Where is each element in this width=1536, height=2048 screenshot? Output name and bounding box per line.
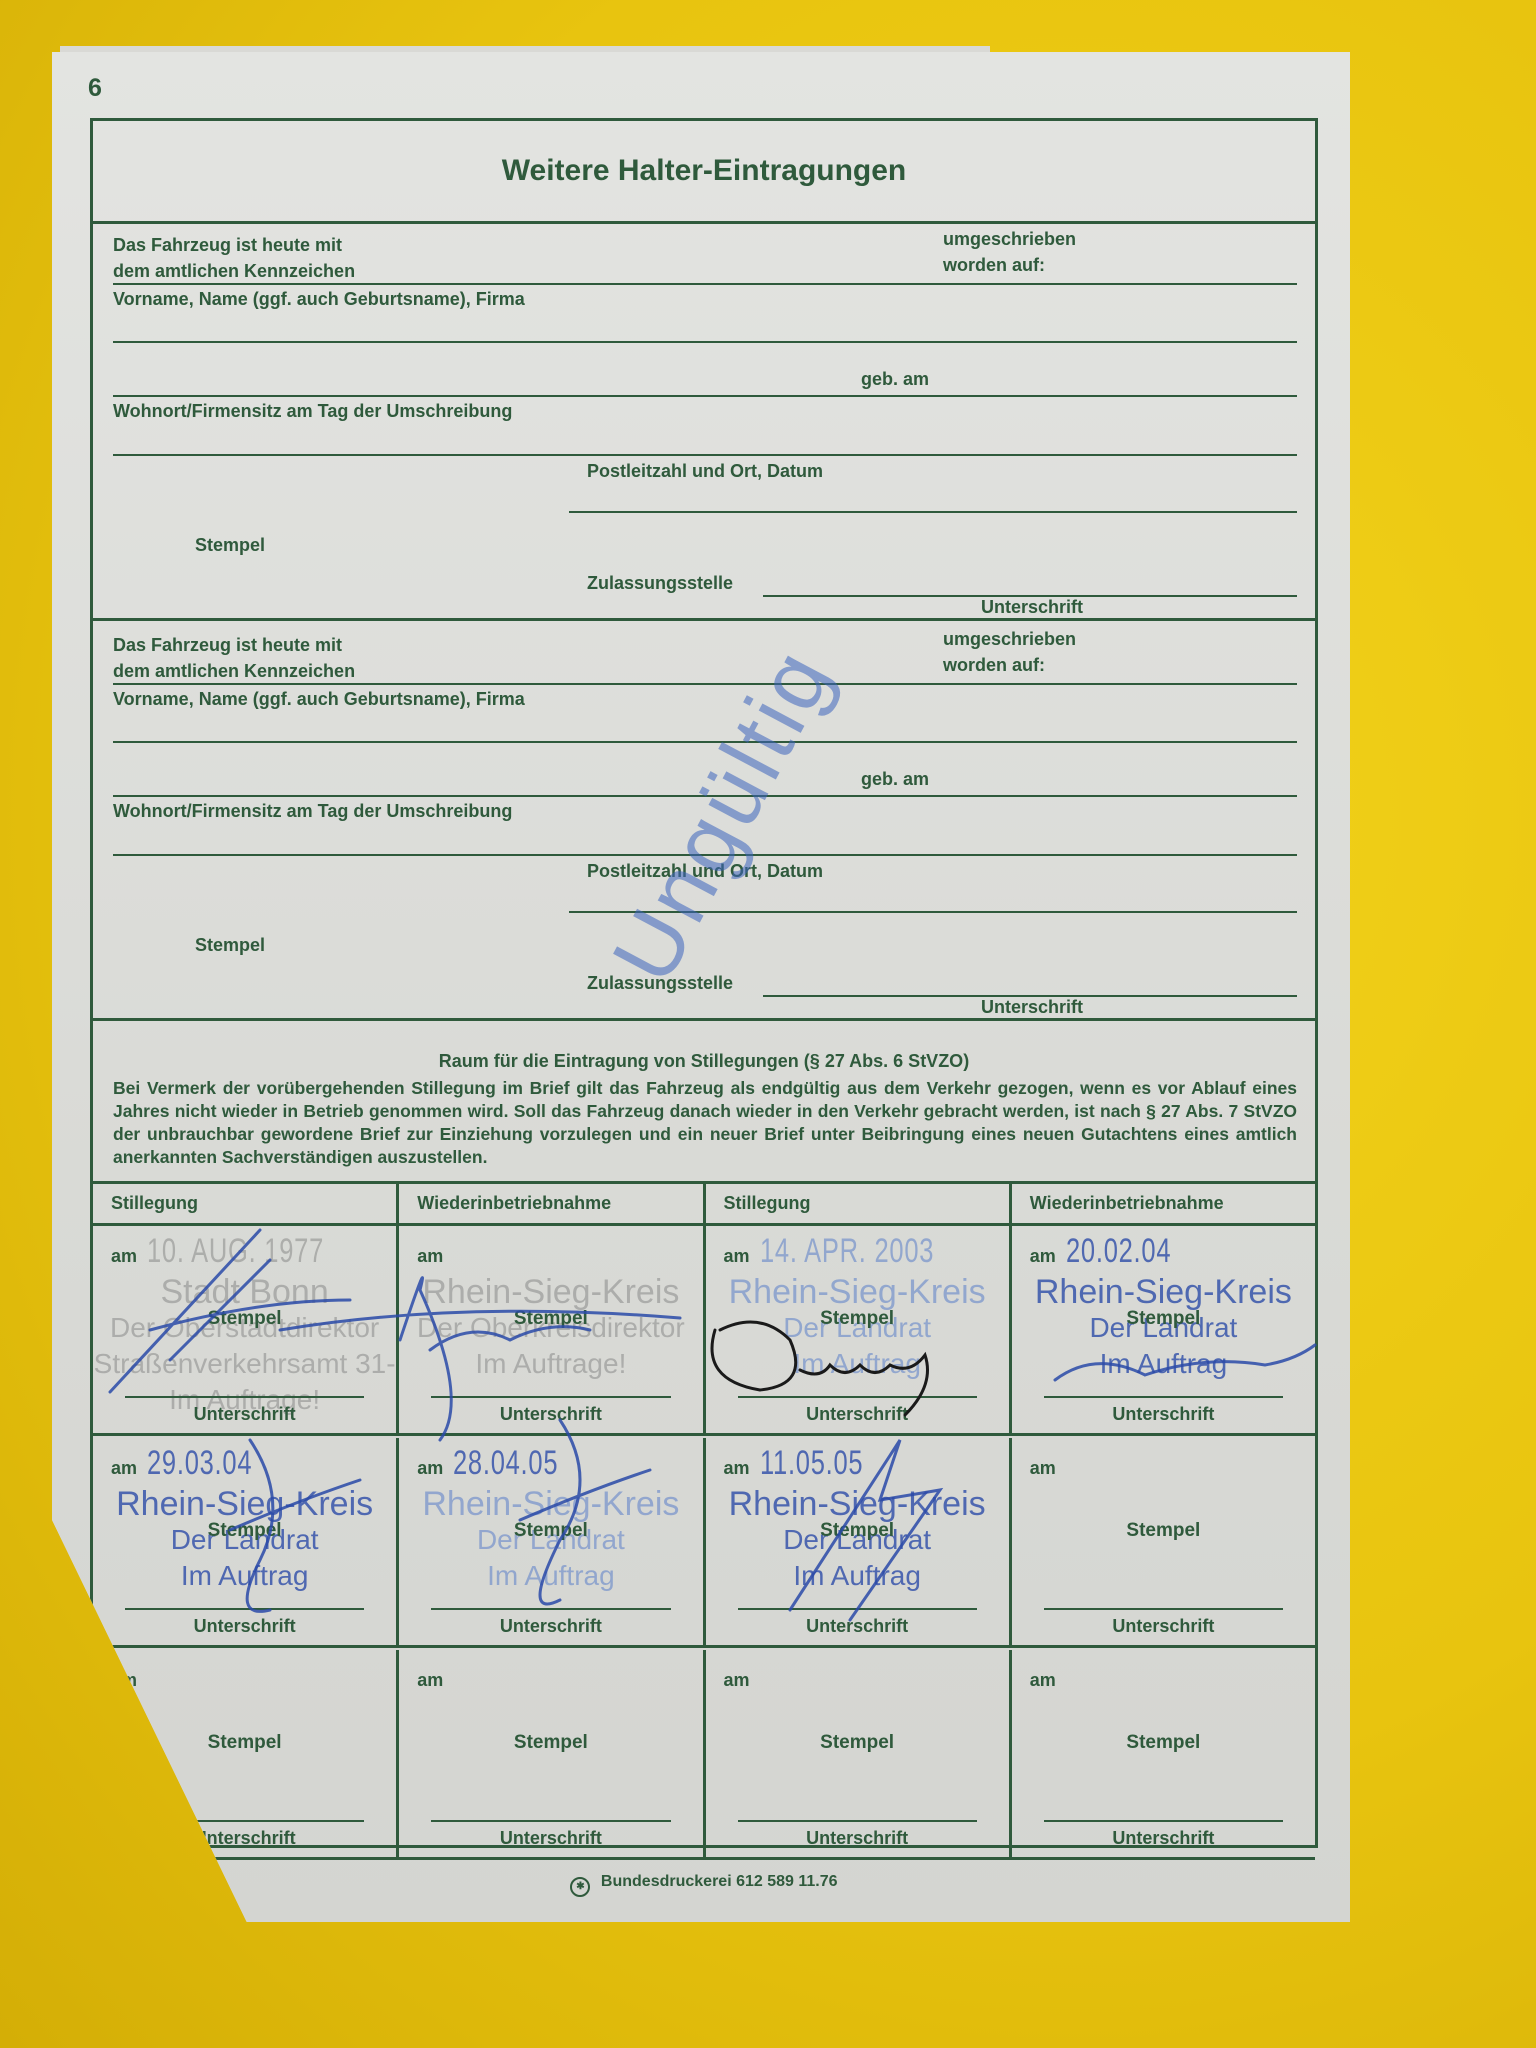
- eagle-emblem-icon: ✱: [570, 1877, 590, 1897]
- printer-footer: ✱ Bundesdruckerei 612 589 11.76: [93, 1873, 1315, 1897]
- stamped-date: 14. APR. 2003: [760, 1232, 934, 1271]
- stamp-label: Stempel: [93, 1732, 396, 1754]
- signature-line[interactable]: [125, 1396, 364, 1398]
- date-label: am: [111, 1670, 137, 1691]
- notice-title: Raum für die Eintragung von Stillegungen…: [93, 1051, 1315, 1072]
- signature-line[interactable]: [738, 1820, 977, 1822]
- table-row: amStempelUnterschriftamStempelUnterschri…: [93, 1650, 1315, 1860]
- office-stamp-line: Im Auftrag: [93, 1558, 396, 1594]
- header-recommission-1: Wiederinbetriebnahme: [399, 1181, 705, 1223]
- stamp-label: Stempel: [195, 535, 265, 556]
- office-stamp-line: Im Auftrag: [1012, 1346, 1315, 1382]
- stamp-label: Stempel: [399, 1308, 702, 1330]
- stamp-label: Stempel: [195, 935, 265, 956]
- table-cell[interactable]: am20.02.04Rhein-Sieg-KreisDer LandratIm …: [1012, 1226, 1315, 1433]
- signature-line[interactable]: [431, 1396, 670, 1398]
- invalid-stamp: Ungültig: [593, 631, 854, 999]
- stamp-label: Stempel: [1012, 1732, 1315, 1754]
- signature-label: Unterschrift: [981, 997, 1083, 1018]
- signature-line[interactable]: [431, 1820, 670, 1822]
- stamp-label: Stempel: [706, 1308, 1009, 1330]
- signature-label: Unterschrift: [1012, 1616, 1315, 1637]
- signature-label: Unterschrift: [1012, 1828, 1315, 1849]
- office-stamp-line: Rhein-Sieg-Kreis: [1012, 1274, 1315, 1310]
- table-cell[interactable]: am10. AUG. 1977Stadt BonnDer Oberstadtdi…: [93, 1226, 399, 1433]
- date-label: am: [724, 1246, 750, 1267]
- vehicle-label-line1: Das Fahrzeug ist heute mit: [113, 235, 342, 256]
- stamped-date: 29.03.04: [147, 1444, 252, 1483]
- signature-line[interactable]: [738, 1608, 977, 1610]
- office-stamp-line: Rhein-Sieg-Kreis: [706, 1486, 1009, 1522]
- date-label: am: [1030, 1670, 1056, 1691]
- header-decommission-1: Stillegung: [93, 1181, 399, 1223]
- birth-label: geb. am: [861, 769, 929, 790]
- date-label: am: [111, 1246, 137, 1267]
- birth-line[interactable]: [113, 395, 1297, 397]
- signature-label: Unterschrift: [399, 1404, 702, 1425]
- stamp-label: Stempel: [706, 1732, 1009, 1754]
- residence-label: Wohnort/Firmensitz am Tag der Umschreibu…: [113, 401, 512, 422]
- decommission-table: Stillegung Wiederinbetriebnahme Stillegu…: [93, 1181, 1315, 1845]
- header-recommission-2: Wiederinbetriebnahme: [1012, 1181, 1315, 1223]
- date-label: am: [724, 1670, 750, 1691]
- stamped-date: 28.04.05: [453, 1444, 558, 1483]
- header-decommission-2: Stillegung: [706, 1181, 1012, 1223]
- date-label: am: [417, 1670, 443, 1691]
- signature-line[interactable]: [125, 1608, 364, 1610]
- date-label: am: [1030, 1246, 1056, 1267]
- birth-label: geb. am: [861, 369, 929, 390]
- office-stamp-line: Im Auftrage!: [399, 1346, 702, 1382]
- date-label: am: [724, 1458, 750, 1479]
- signature-label: Unterschrift: [706, 1828, 1009, 1849]
- date-label: am: [417, 1458, 443, 1479]
- date-label: am: [1030, 1458, 1056, 1479]
- stamp-label: Stempel: [399, 1732, 702, 1754]
- signature-line[interactable]: [1044, 1820, 1283, 1822]
- signature-label: Unterschrift: [93, 1404, 396, 1425]
- transferred-label-line2: worden auf:: [943, 255, 1045, 276]
- vehicle-registration-page: 6 Weitere Halter-Eintragungen Das Fahrze…: [52, 52, 1350, 1922]
- name-label: Vorname, Name (ggf. auch Geburtsname), F…: [113, 689, 525, 710]
- name-label: Vorname, Name (ggf. auch Geburtsname), F…: [113, 289, 525, 310]
- stamp-label: Stempel: [399, 1520, 702, 1542]
- page-title: Weitere Halter-Eintragungen: [502, 154, 907, 188]
- stamped-date: 11.05.05: [760, 1444, 863, 1483]
- transferred-label-line1: umgeschrieben: [943, 629, 1076, 650]
- office-stamp-line: Rhein-Sieg-Kreis: [399, 1486, 702, 1522]
- stamp-label: Stempel: [1012, 1520, 1315, 1542]
- table-header: Stillegung Wiederinbetriebnahme Stillegu…: [93, 1181, 1315, 1226]
- stamp-label: Stempel: [93, 1520, 396, 1542]
- vehicle-label-line1: Das Fahrzeug ist heute mit: [113, 635, 342, 656]
- office-stamp-line: Rhein-Sieg-Kreis: [706, 1274, 1009, 1310]
- office-stamp-line: Rhein-Sieg-Kreis: [399, 1274, 702, 1310]
- signature-label: Unterschrift: [706, 1404, 1009, 1425]
- form-frame: Weitere Halter-Eintragungen Das Fahrzeug…: [90, 118, 1318, 1848]
- title-row: Weitere Halter-Eintragungen: [93, 121, 1315, 224]
- table-row: am29.03.04Rhein-Sieg-KreisDer LandratIm …: [93, 1438, 1315, 1648]
- table-cell[interactable]: amStempelUnterschrift: [706, 1650, 1012, 1857]
- signature-line[interactable]: [738, 1396, 977, 1398]
- residence-label: Wohnort/Firmensitz am Tag der Umschreibu…: [113, 801, 512, 822]
- stamp-label: Stempel: [1012, 1308, 1315, 1330]
- name-line[interactable]: [113, 341, 1297, 343]
- office-stamp-line: Stadt Bonn: [93, 1274, 396, 1310]
- table-cell[interactable]: am14. APR. 2003Rhein-Sieg-KreisDer Landr…: [706, 1226, 1012, 1433]
- office-stamp-line: Im Auftrag: [399, 1558, 702, 1594]
- owner-section-2: Das Fahrzeug ist heute mit dem amtlichen…: [93, 621, 1315, 1021]
- signature-line[interactable]: [1044, 1396, 1283, 1398]
- signature-label: Unterschrift: [93, 1616, 396, 1637]
- table-cell[interactable]: amStempelUnterschrift: [399, 1650, 705, 1857]
- office-stamp-line: Im Auftrag: [706, 1346, 1009, 1382]
- table-cell[interactable]: amStempelUnterschrift: [1012, 1650, 1315, 1857]
- residence-line[interactable]: [113, 454, 1297, 456]
- table-cell[interactable]: am11.05.05Rhein-Sieg-KreisDer LandratIm …: [706, 1438, 1012, 1645]
- stamp-label: Stempel: [93, 1308, 396, 1330]
- owner-section-1: Das Fahrzeug ist heute mit dem amtlichen…: [93, 221, 1315, 621]
- footer-text: Bundesdruckerei 612 589 11.76: [601, 1873, 838, 1890]
- date-label: am: [111, 1458, 137, 1479]
- transferred-label-line2: worden auf:: [943, 655, 1045, 676]
- table-row: am10. AUG. 1977Stadt BonnDer Oberstadtdi…: [93, 1226, 1315, 1436]
- table-cell[interactable]: amStempelUnterschrift: [1012, 1438, 1315, 1645]
- office-stamp-line: Straßenverkehrsamt 31-: [93, 1346, 396, 1382]
- signature-label: Unterschrift: [1012, 1404, 1315, 1425]
- table-cell[interactable]: am28.04.05Rhein-Sieg-KreisDer LandratIm …: [399, 1438, 705, 1645]
- signature-label: Unterschrift: [399, 1616, 702, 1637]
- stamp-label: Stempel: [706, 1520, 1009, 1542]
- postal-line[interactable]: [569, 511, 1297, 513]
- plate-line[interactable]: [113, 683, 1297, 685]
- office-stamp-line: Im Auftrag: [706, 1558, 1009, 1594]
- signature-label: Unterschrift: [981, 597, 1083, 618]
- vehicle-label-line2: dem amtlichen Kennzeichen: [113, 661, 355, 682]
- signature-label: Unterschrift: [93, 1828, 396, 1849]
- table-cell[interactable]: am29.03.04Rhein-Sieg-KreisDer LandratIm …: [93, 1438, 399, 1645]
- notice-text: Bei Vermerk der vorübergehenden Stillegu…: [113, 1077, 1297, 1169]
- table-cell[interactable]: amStempelUnterschrift: [93, 1650, 399, 1857]
- date-label: am: [417, 1246, 443, 1267]
- stamped-date: 10. AUG. 1977: [147, 1232, 324, 1271]
- signature-line[interactable]: [125, 1820, 364, 1822]
- vehicle-label-line2: dem amtlichen Kennzeichen: [113, 261, 355, 282]
- decommission-notice: Raum für die Eintragung von Stillegungen…: [93, 1041, 1315, 1184]
- signature-label: Unterschrift: [399, 1828, 702, 1849]
- table-cell[interactable]: amRhein-Sieg-KreisDer OberkreisdirektorI…: [399, 1226, 705, 1433]
- office-stamp-line: Rhein-Sieg-Kreis: [93, 1486, 396, 1522]
- page-number: 6: [88, 74, 102, 103]
- signature-label: Unterschrift: [706, 1616, 1009, 1637]
- office-label: Zulassungsstelle: [587, 573, 733, 594]
- signature-line[interactable]: [431, 1608, 670, 1610]
- plate-line[interactable]: [113, 283, 1297, 285]
- stamped-date: 20.02.04: [1066, 1232, 1171, 1271]
- transferred-label-line1: umgeschrieben: [943, 229, 1076, 250]
- postal-label: Postleitzahl und Ort, Datum: [587, 461, 823, 482]
- signature-line[interactable]: [1044, 1608, 1283, 1610]
